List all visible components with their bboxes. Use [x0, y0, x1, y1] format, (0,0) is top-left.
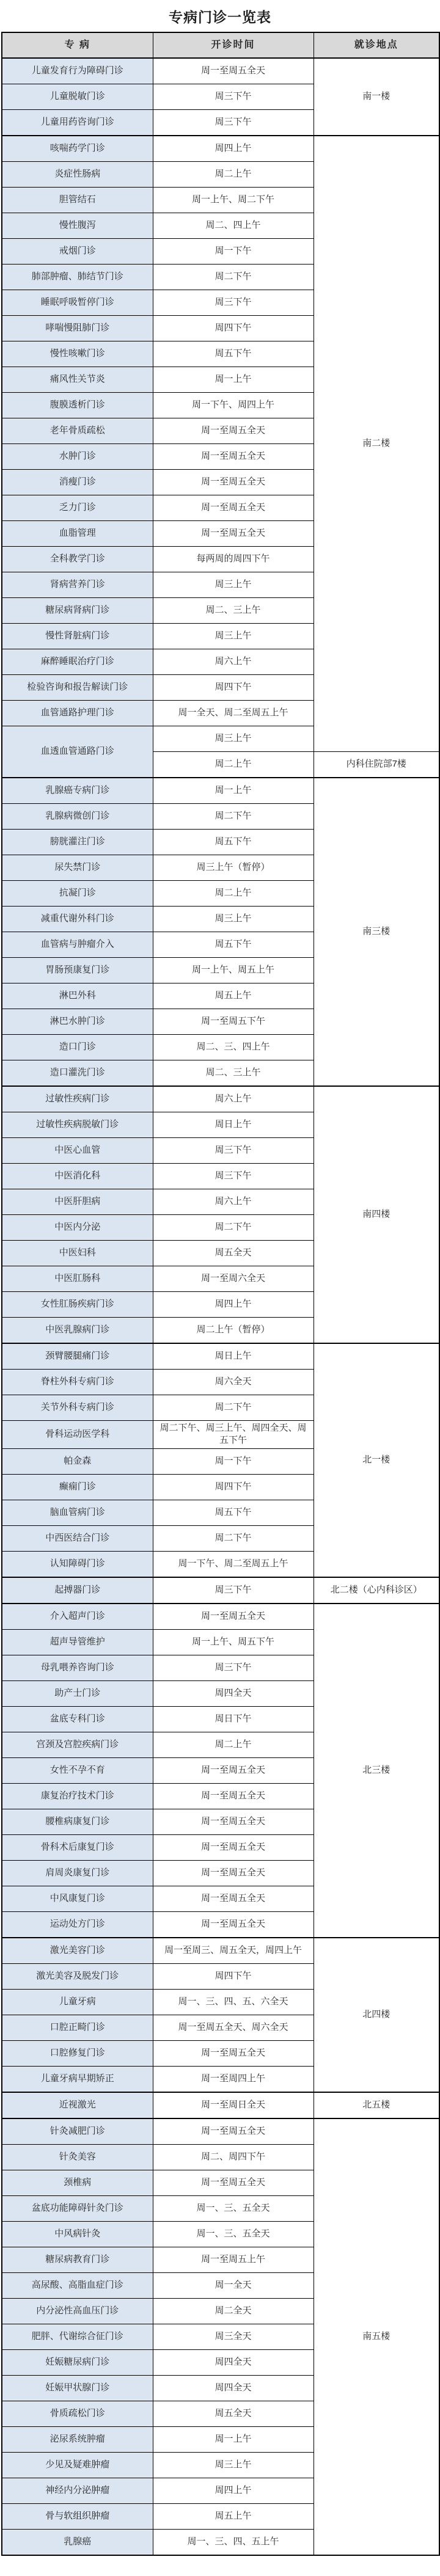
- time-cell: 周一至周五全天: [153, 1809, 313, 1834]
- disease-cell: 膀胱灌注门诊: [2, 830, 153, 855]
- time-cell: 周一、三、四、五上午: [153, 2529, 313, 2555]
- time-cell: 每两周的周四下午: [153, 547, 313, 572]
- time-cell: 周一至周五全天: [153, 2170, 313, 2195]
- time-cell: 周一至周日全天: [153, 2092, 313, 2118]
- time-cell: 周五全天: [153, 1241, 313, 1266]
- disease-cell: 检验咨询和报告解读门诊: [2, 675, 153, 701]
- time-cell: 周六上午: [153, 1189, 313, 1215]
- disease-cell: 中医心血管: [2, 1138, 153, 1164]
- disease-cell: 乳腺癌: [2, 2529, 153, 2555]
- time-cell: 周一至周五全天: [153, 1886, 313, 1911]
- time-cell: 周一至周五全天: [153, 1911, 313, 1938]
- disease-cell: 中医妇科: [2, 1241, 153, 1266]
- disease-cell: 咳喘药学门诊: [2, 136, 153, 162]
- disease-cell: 激光美容及脱发门诊: [2, 1963, 153, 1989]
- time-cell: 周日上午: [153, 1343, 313, 1370]
- disease-cell: 关节外科专病门诊: [2, 1395, 153, 1421]
- disease-cell: 胃肠预康复门诊: [2, 958, 153, 983]
- disease-cell: 助产士门诊: [2, 1680, 153, 1706]
- time-cell: 周五下午: [153, 341, 313, 367]
- time-cell: 周一至周五全天: [153, 1860, 313, 1886]
- time-cell: 周二上午: [153, 752, 313, 778]
- time-cell: 周一下午: [153, 239, 313, 265]
- time-cell: 周三上午: [153, 572, 313, 598]
- location-cell: 北四楼: [313, 1938, 439, 2092]
- time-cell: 周六全天: [153, 1370, 313, 1395]
- disease-cell: 慢性腹泻: [2, 213, 153, 239]
- disease-cell: 戒烟门诊: [2, 239, 153, 265]
- disease-cell: 慢性肾脏病门诊: [2, 624, 153, 649]
- disease-cell: 骨质疏松门诊: [2, 2401, 153, 2426]
- disease-cell: 少见及疑难肿瘤: [2, 2452, 153, 2478]
- disease-cell: 神经内分泌肿瘤: [2, 2478, 153, 2503]
- disease-cell: 中医消化科: [2, 1164, 153, 1189]
- disease-cell: 骨科运动医学科: [2, 1421, 153, 1449]
- disease-cell: 老年骨质疏松: [2, 418, 153, 444]
- disease-cell: 中西医结合门诊: [2, 1525, 153, 1551]
- time-cell: 周二、三上午: [153, 598, 313, 624]
- location-cell: 南五楼: [313, 2118, 439, 2555]
- disease-cell: 母乳喂养咨询门诊: [2, 1655, 153, 1680]
- time-cell: 周一、三、四、五、六全天: [153, 1989, 313, 2015]
- table-row: 近视激光周一至周日全天北五楼: [2, 2092, 439, 2118]
- location-cell: 南二楼: [313, 136, 439, 752]
- time-cell: 周二下午: [153, 1525, 313, 1551]
- disease-cell: 血透血管通路门诊: [2, 726, 153, 778]
- location-cell: 北一楼: [313, 1343, 439, 1577]
- time-cell: 周一至周五全天: [153, 2118, 313, 2145]
- table-row: 激光美容门诊周一至周三、周五全天，周四上午北四楼: [2, 1938, 439, 1964]
- time-cell: 周日下午: [153, 1706, 313, 1732]
- time-cell: 周四上午: [153, 1292, 313, 1318]
- time-cell: 周二下午: [153, 804, 313, 830]
- disease-cell: 水肿门诊: [2, 444, 153, 470]
- time-cell: 周四下午: [153, 675, 313, 701]
- disease-cell: 过敏性疾病门诊: [2, 1086, 153, 1112]
- time-cell: 周一、三、五全天: [153, 2195, 313, 2221]
- time-cell: 周一全天: [153, 2272, 313, 2298]
- time-cell: 周一至周五全天: [153, 1834, 313, 1860]
- time-cell: 周六上午: [153, 649, 313, 675]
- time-cell: 周一至周三、周五全天，周四上午: [153, 1938, 313, 1964]
- disease-cell: 腹膜透析门诊: [2, 393, 153, 418]
- time-cell: 周五下午: [153, 830, 313, 855]
- time-cell: 周一至周五全天: [153, 2040, 313, 2066]
- header-time: 开诊时间: [153, 32, 313, 58]
- disease-cell: 高尿酸、高脂血症门诊: [2, 2272, 153, 2298]
- time-cell: 周日上午: [153, 1112, 313, 1138]
- disease-cell: 乳腺癌专病门诊: [2, 778, 153, 804]
- disease-cell: 血脂管理: [2, 521, 153, 547]
- time-cell: 周四下午: [153, 1474, 313, 1500]
- disease-cell: 造口灌洗门诊: [2, 1060, 153, 1087]
- time-cell: 周一下午、周二至周五上午: [153, 1551, 313, 1577]
- time-cell: 周三下午: [153, 1138, 313, 1164]
- disease-cell: 中风康复门诊: [2, 1886, 153, 1911]
- table-row: 起搏器门诊周三下午北二楼（心内科诊区）: [2, 1577, 439, 1604]
- time-cell: 周三下午: [153, 1577, 313, 1604]
- disease-cell: 儿童牙病早期矫正: [2, 2066, 153, 2092]
- disease-cell: 运动处方门诊: [2, 1911, 153, 1938]
- disease-cell: 康复治疗技术门诊: [2, 1783, 153, 1809]
- disease-cell: 肩周炎康复门诊: [2, 1860, 153, 1886]
- disease-cell: 帕金森: [2, 1448, 153, 1474]
- disease-cell: 中医肛肠科: [2, 1266, 153, 1292]
- time-cell: 周二、四上午: [153, 213, 313, 239]
- time-cell: 周二上午: [153, 162, 313, 188]
- header-disease: 专 病: [2, 32, 153, 58]
- disease-cell: 全科教学门诊: [2, 547, 153, 572]
- time-cell: 周五全天: [153, 2401, 313, 2426]
- disease-cell: 乏力门诊: [2, 495, 153, 521]
- disease-cell: 儿童牙病: [2, 1989, 153, 2015]
- time-cell: 周一至周五全天: [153, 495, 313, 521]
- time-cell: 周四下午: [153, 316, 313, 341]
- disease-cell: 糖尿病肾病门诊: [2, 598, 153, 624]
- disease-cell: 口腔正畸门诊: [2, 2015, 153, 2040]
- disease-cell: 骨与软组织肿瘤: [2, 2503, 153, 2529]
- disease-cell: 妊娠甲状腺门诊: [2, 2375, 153, 2401]
- disease-cell: 淋巴水肿门诊: [2, 1009, 153, 1035]
- disease-cell: 颈椎病: [2, 2170, 153, 2195]
- disease-cell: 针灸减肥门诊: [2, 2118, 153, 2145]
- disease-cell: 中医肝胆病: [2, 1189, 153, 1215]
- time-cell: 周二上午: [153, 1732, 313, 1757]
- disease-cell: 抗凝门诊: [2, 881, 153, 907]
- disease-cell: 起搏器门诊: [2, 1577, 153, 1604]
- disease-cell: 中风病针灸: [2, 2221, 153, 2247]
- time-cell: 周二下午、周三上午、周四全天、周五下午: [153, 1421, 313, 1449]
- disease-cell: 尿失禁门诊: [2, 855, 153, 881]
- schedule-table: 专 病 开诊时间 就诊地点 儿童发育行为障碍门诊周一至周五全天南一楼儿童脱敏门诊…: [1, 32, 440, 2556]
- location-cell: 南一楼: [313, 58, 439, 136]
- disease-cell: 超声导管维护: [2, 1629, 153, 1655]
- time-cell: 周三下午: [153, 290, 313, 316]
- table-row: 介入超声门诊周一至周五全天北三楼: [2, 1604, 439, 1630]
- time-cell: 周五上午: [153, 983, 313, 1009]
- time-cell: 周一至周五全天: [153, 418, 313, 444]
- disease-cell: 女性不孕不育: [2, 1757, 153, 1783]
- disease-cell: 哮喘慢阻肺门诊: [2, 316, 153, 341]
- time-cell: 周二、周四下午: [153, 2144, 313, 2170]
- disease-cell: 儿童用药咨询门诊: [2, 110, 153, 136]
- time-cell: 周二下午: [153, 1395, 313, 1421]
- location-cell: 北三楼: [313, 1604, 439, 1938]
- disease-cell: 宫颈及宫腔疾病门诊: [2, 1732, 153, 1757]
- time-cell: 周三全天: [153, 2324, 313, 2349]
- time-cell: 周一至周四上午: [153, 2066, 313, 2092]
- table-row: 儿童发育行为障碍门诊周一至周五全天南一楼: [2, 58, 439, 84]
- disease-cell: 炎症性肠病: [2, 162, 153, 188]
- time-cell: 周六上午: [153, 1086, 313, 1112]
- disease-cell: 中医乳腺病门诊: [2, 1318, 153, 1344]
- time-cell: 周四全天: [153, 2375, 313, 2401]
- time-cell: 周二上午: [153, 881, 313, 907]
- disease-cell: 肺部肿瘤、肺结节门诊: [2, 265, 153, 290]
- disease-cell: 脊柱外科专病门诊: [2, 1370, 153, 1395]
- disease-cell: 口腔修复门诊: [2, 2040, 153, 2066]
- disease-cell: 女性肛肠疾病门诊: [2, 1292, 153, 1318]
- disease-cell: 慢性咳嗽门诊: [2, 341, 153, 367]
- schedule-page: 专病门诊一览表 专 病 开诊时间 就诊地点 儿童发育行为障碍门诊周一至周五全天南…: [0, 0, 440, 2556]
- disease-cell: 糖尿病教育门诊: [2, 2247, 153, 2272]
- time-cell: 周四全天: [153, 2349, 313, 2375]
- disease-cell: 血管病与肿瘤介入: [2, 932, 153, 958]
- time-cell: 周三上午: [153, 726, 313, 752]
- time-cell: 周一至周五下午: [153, 1009, 313, 1035]
- time-cell: 周五下午: [153, 1500, 313, 1525]
- time-cell: 周一、三、五全天: [153, 2221, 313, 2247]
- disease-cell: 痛风性关节炎: [2, 367, 153, 393]
- disease-cell: 盆底专科门诊: [2, 1706, 153, 1732]
- disease-cell: 血管通路护理门诊: [2, 701, 153, 726]
- disease-cell: 过敏性疾病脱敏门诊: [2, 1112, 153, 1138]
- disease-cell: 腰椎病康复门诊: [2, 1809, 153, 1834]
- disease-cell: 盆底功能障碍针灸门诊: [2, 2195, 153, 2221]
- disease-cell: 泌尿系统肿瘤: [2, 2426, 153, 2452]
- time-cell: 周二、三上午: [153, 1060, 313, 1087]
- time-cell: 周三下午: [153, 110, 313, 136]
- time-cell: 周一至周五全天: [153, 58, 313, 84]
- disease-cell: 儿童脱敏门诊: [2, 84, 153, 110]
- disease-cell: 内分泌性高血压门诊: [2, 2298, 153, 2324]
- disease-cell: 妊娠糖尿病门诊: [2, 2349, 153, 2375]
- disease-cell: 造口门诊: [2, 1035, 153, 1060]
- header-location: 就诊地点: [313, 32, 439, 58]
- location-cell: 北二楼（心内科诊区）: [313, 1577, 439, 1604]
- table-row: 乳腺癌专病门诊周一上午南三楼: [2, 778, 439, 804]
- disease-cell: 介入超声门诊: [2, 1604, 153, 1630]
- disease-cell: 减重代谢外科门诊: [2, 907, 153, 932]
- time-cell: 周一上午: [153, 2426, 313, 2452]
- page-title: 专病门诊一览表: [0, 0, 440, 32]
- time-cell: 周四下午: [153, 1963, 313, 1989]
- table-row: 颈臂腰腿痛门诊周日上午北一楼: [2, 1343, 439, 1370]
- disease-cell: 脑血管病门诊: [2, 1500, 153, 1525]
- time-cell: 周一至周五全天: [153, 521, 313, 547]
- time-cell: 周一至周五全天: [153, 1604, 313, 1630]
- disease-cell: 肾病营养门诊: [2, 572, 153, 598]
- time-cell: 周一至周五上午: [153, 2247, 313, 2272]
- location-cell: 内科住院部7楼: [313, 752, 439, 778]
- time-cell: 周三上午: [153, 907, 313, 932]
- time-cell: 周一下午、周四上午: [153, 393, 313, 418]
- time-cell: 周一至周五全天: [153, 1757, 313, 1783]
- time-cell: 周三下午: [153, 1655, 313, 1680]
- time-cell: 周一至周五全天: [153, 470, 313, 495]
- disease-cell: 儿童发育行为障碍门诊: [2, 58, 153, 84]
- time-cell: 周三上午: [153, 2452, 313, 2478]
- time-cell: 周一上午、周五下午: [153, 1629, 313, 1655]
- time-cell: 周二上午（暂停）: [153, 1318, 313, 1344]
- time-cell: 周一上午: [153, 367, 313, 393]
- time-cell: 周一至周五全天、周六全天: [153, 2015, 313, 2040]
- time-cell: 周一上午: [153, 778, 313, 804]
- disease-cell: 睡眠呼吸暂停门诊: [2, 290, 153, 316]
- time-cell: 周五下午: [153, 932, 313, 958]
- location-cell: 北五楼: [313, 2092, 439, 2118]
- disease-cell: 中医内分泌: [2, 1215, 153, 1241]
- time-cell: 周三上午: [153, 624, 313, 649]
- disease-cell: 认知障碍门诊: [2, 1551, 153, 1577]
- time-cell: 周一全天、周二至周五上午: [153, 701, 313, 726]
- disease-cell: 骨科术后康复门诊: [2, 1834, 153, 1860]
- disease-cell: 麻醉睡眠治疗门诊: [2, 649, 153, 675]
- table-row: 过敏性疾病门诊周六上午南四楼: [2, 1086, 439, 1112]
- table-row: 针灸减肥门诊周一至周五全天南五楼: [2, 2118, 439, 2145]
- time-cell: 周一至周五全天: [153, 444, 313, 470]
- disease-cell: 激光美容门诊: [2, 1938, 153, 1964]
- disease-cell: 癫痫门诊: [2, 1474, 153, 1500]
- header-row: 专 病 开诊时间 就诊地点: [2, 32, 439, 58]
- time-cell: 周五上午: [153, 2503, 313, 2529]
- table-row: 咳喘药学门诊周四上午南二楼: [2, 136, 439, 162]
- schedule-body: 儿童发育行为障碍门诊周一至周五全天南一楼儿童脱敏门诊周三下午儿童用药咨询门诊周三…: [2, 58, 439, 2555]
- disease-cell: 针灸美容: [2, 2144, 153, 2170]
- time-cell: 周三上午（暂停）: [153, 855, 313, 881]
- time-cell: 周二下午: [153, 1215, 313, 1241]
- disease-cell: 淋巴外科: [2, 983, 153, 1009]
- time-cell: 周一下午: [153, 1448, 313, 1474]
- location-cell: 南三楼: [313, 778, 439, 1086]
- disease-cell: 消瘦门诊: [2, 470, 153, 495]
- time-cell: 周二全天: [153, 2298, 313, 2324]
- time-cell: 周三下午: [153, 1164, 313, 1189]
- time-cell: 周一至周五全天: [153, 1783, 313, 1809]
- disease-cell: 肥胖、代谢综合征门诊: [2, 2324, 153, 2349]
- disease-cell: 胆管结石: [2, 188, 153, 213]
- time-cell: 周四上午: [153, 136, 313, 162]
- location-cell: 南四楼: [313, 1086, 439, 1343]
- time-cell: 周四全天: [153, 1680, 313, 1706]
- time-cell: 周二、三、四上午: [153, 1035, 313, 1060]
- time-cell: 周三下午: [153, 84, 313, 110]
- disease-cell: 近视激光: [2, 2092, 153, 2118]
- time-cell: 周一至周六全天: [153, 1266, 313, 1292]
- disease-cell: 颈臂腰腿痛门诊: [2, 1343, 153, 1370]
- disease-cell: 乳腺病微创门诊: [2, 804, 153, 830]
- time-cell: 周二下午: [153, 265, 313, 290]
- time-cell: 周四上午: [153, 2478, 313, 2503]
- time-cell: 周一上午、周五上午: [153, 958, 313, 983]
- time-cell: 周一上午、周二下午: [153, 188, 313, 213]
